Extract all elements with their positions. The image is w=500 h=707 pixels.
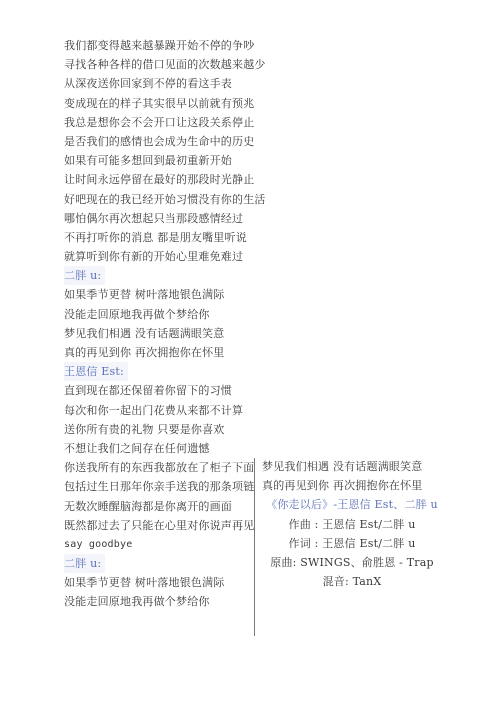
left-lyrics-column: 我们都变得越来越暴躁开始不停的争吵 寻找各种各样的借口见面的次数越来越少 从深夜… — [64, 36, 264, 612]
lyric-line: 哪怕偶尔再次想起只当那段感情经过 — [64, 209, 264, 228]
singer-label-line: 二胖 u: — [64, 266, 264, 285]
lyric-line: 让时间永远停留在最好的那段时光静止 — [64, 170, 264, 189]
column-divider — [254, 458, 255, 636]
lyric-line: 我总是想你会不会开口让这段关系停止 — [64, 113, 264, 132]
lyric-line: 直到现在都还保留着你留下的习惯 — [64, 381, 264, 400]
lyric-line: 不再打听你的消息 都是朋友嘴里听说 — [64, 228, 264, 247]
lyric-line: 你送我所有的东西我都放在了柜子下面 — [64, 458, 264, 477]
lyric-line: 寻找各种各样的借口见面的次数越来越少 — [64, 55, 264, 74]
right-lyrics-column: 梦见我们相遇 没有话题满眼笑意 真的再见到你 再次拥抱你在怀里 《你走以后》-王… — [262, 457, 442, 591]
lyric-line: 如果季节更替 树叶落地银色满际 — [64, 285, 264, 304]
singer-label: 二胖 u: — [64, 554, 105, 573]
lyric-line: 变成现在的样子其实很早以前就有预兆 — [64, 94, 264, 113]
lyric-line: 每次和你一起出门花费从来都不计算 — [64, 401, 264, 420]
singer-label: 二胖 u: — [64, 266, 105, 285]
lyric-line: 梦见我们相遇 没有话题满眼笑意 — [262, 457, 442, 476]
lyric-line: 我们都变得越来越暴躁开始不停的争吵 — [64, 36, 264, 55]
singer-label-line: 王恩信 Est: — [64, 362, 264, 381]
lyric-line: 既然都过去了只能在心里对你说声再见 — [64, 516, 264, 535]
mixing-credit: 混音: TanX — [262, 572, 442, 591]
original-song-credit: 原曲: SWINGS、俞胜恩 - Trap — [262, 553, 442, 572]
lyric-line: 就算听到你有新的开始心里难免难过 — [64, 247, 264, 266]
lyric-line: 梦见我们相遇 没有话题满眼笑意 — [64, 324, 264, 343]
lyric-line: 送你所有贵的礼物 只要是你喜欢 — [64, 420, 264, 439]
lyric-line: 如果季节更替 树叶落地银色满际 — [64, 573, 264, 592]
lyric-line: 没能走回原地我再做个梦给你 — [64, 305, 264, 324]
lyric-line: 如果有可能多想回到最初重新开始 — [64, 151, 264, 170]
song-title-credit: 《你走以后》-王恩信 Est、二胖 u — [262, 495, 442, 514]
singer-label: 王恩信 Est: — [64, 362, 128, 381]
lyric-line: 不想让我们之间存在任何遗憾 — [64, 439, 264, 458]
lyric-line: 真的再见到你 再次拥抱你在怀里 — [262, 476, 442, 495]
singer-label-line: 二胖 u: — [64, 554, 264, 573]
lyrics-page: 我们都变得越来越暴躁开始不停的争吵 寻找各种各样的借口见面的次数越来越少 从深夜… — [0, 0, 500, 707]
lyric-line: 无数次睡醒脑海都是你离开的画面 — [64, 497, 264, 516]
lyric-line: 是否我们的感情也会成为生命中的历史 — [64, 132, 264, 151]
lyric-line: 没能走回原地我再做个梦给你 — [64, 592, 264, 611]
lyric-line: 从深夜送你回家到不停的看这手表 — [64, 74, 264, 93]
lyricist-credit: 作词 : 王恩信 Est/二胖 u — [262, 534, 442, 553]
lyric-line: 包括过生日那年你亲手送我的那条项链 — [64, 477, 264, 496]
lyric-line: 真的再见到你 再次拥抱你在怀里 — [64, 343, 264, 362]
composer-credit: 作曲 : 王恩信 Est/二胖 u — [262, 515, 442, 534]
lyric-line: say goodbye — [64, 535, 264, 554]
lyric-line: 好吧现在的我已经开始习惯没有你的生活 — [64, 190, 264, 209]
